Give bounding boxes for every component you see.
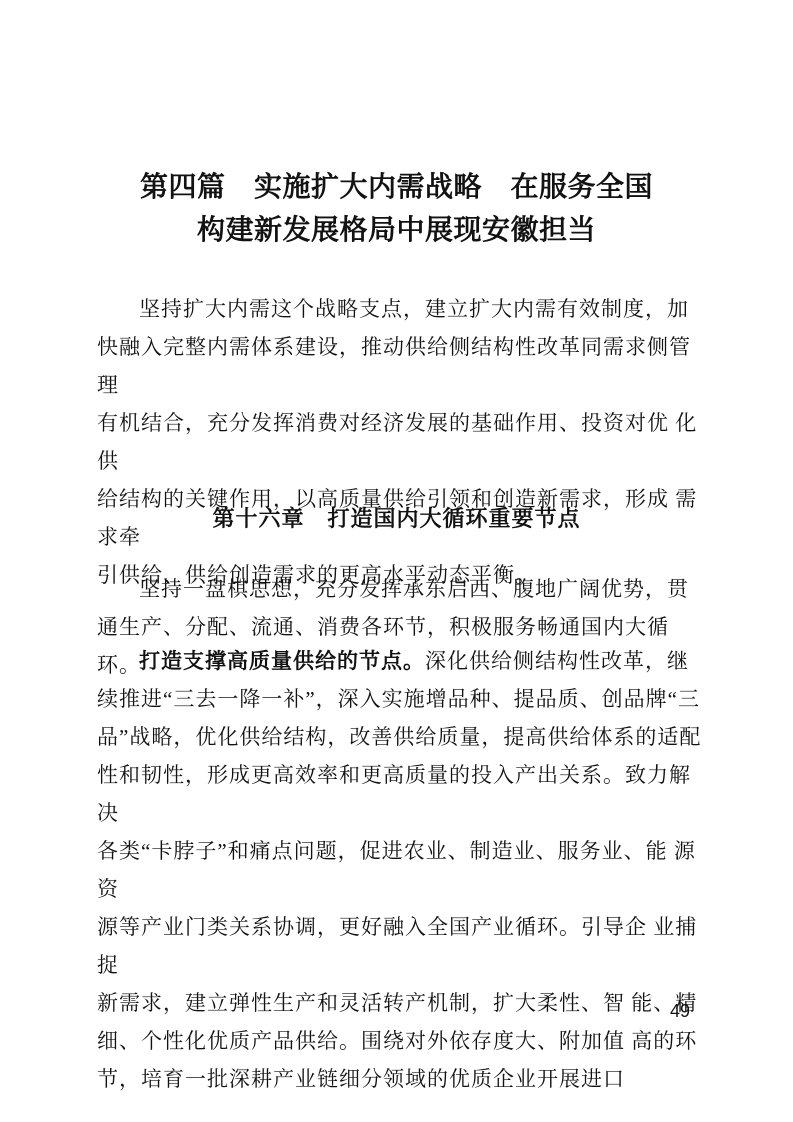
part-title-line-2: 构建新发展格局中展现安徽担当: [0, 209, 793, 252]
chapter-heading: 第十六章 打造国内大循环重要节点: [0, 504, 793, 534]
document-page: 第四篇 实施扩大内需战略 在服务全国 构建新发展格局中展现安徽担当 坚持扩大内需…: [0, 0, 793, 1122]
section-lead-phrase: 打造支撑高质量供给的节点。: [139, 649, 425, 673]
part-title-line-1: 第四篇 实施扩大内需战略 在服务全国: [0, 166, 793, 209]
part-title: 第四篇 实施扩大内需战略 在服务全国 构建新发展格局中展现安徽担当: [0, 166, 793, 252]
intro-paragraph: 坚持扩大内需这个战略支点，建立扩大内需有效制度，加 快融入完整内需体系建设，推动…: [97, 290, 703, 594]
section-body-text: 深化供给侧结构性改革，继 续推进“三去一降一补”，深入实施增品种、提品质、创品牌…: [97, 649, 701, 1091]
page-number: 49: [670, 1000, 690, 1022]
section-paragraph: 打造支撑高质量供给的节点。深化供给侧结构性改革，继 续推进“三去一降一补”，深入…: [97, 642, 703, 1098]
